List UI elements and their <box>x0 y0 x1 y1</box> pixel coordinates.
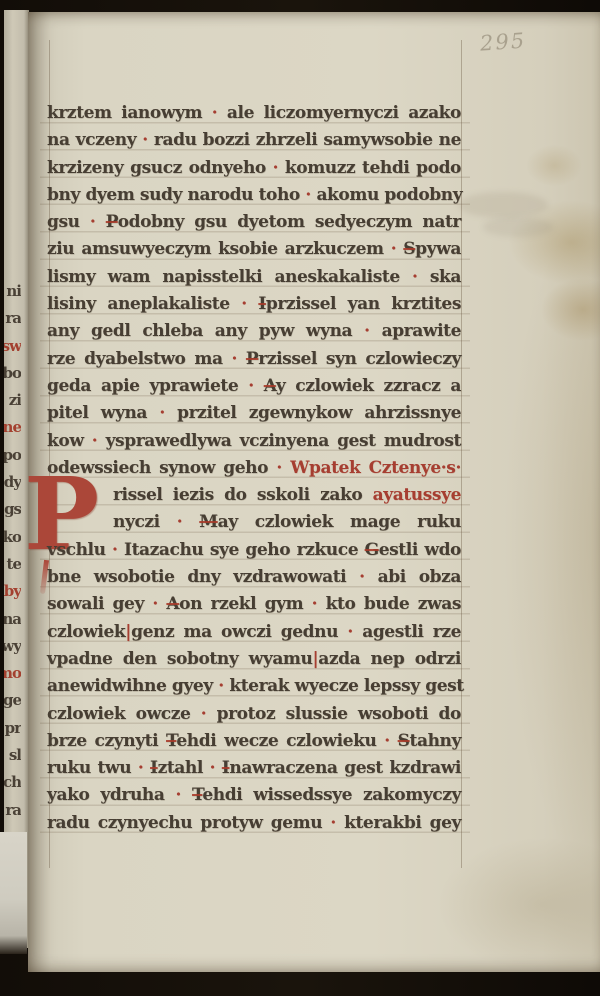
show-through-smudge <box>458 192 548 218</box>
text-segment: tahny <box>410 731 461 751</box>
text-segment: I <box>150 758 158 778</box>
text-segment: estli wdo <box>379 540 461 560</box>
clipped-letter-fragment: te <box>4 551 21 578</box>
rubricated-text: · <box>84 431 106 451</box>
rubricated-text: · <box>203 758 222 778</box>
text-segment: ehdi wecze czlowieku <box>176 731 376 751</box>
text-segment: kto bude zwas <box>326 594 461 614</box>
clipped-letter-fragment: ra <box>4 305 21 332</box>
text-segment: sowali gey <box>47 594 144 614</box>
text-segment: ehdi wissedssye zakomyczy <box>202 785 461 805</box>
text-segment: gsu <box>47 212 80 232</box>
text-line: nyczi · May czlowiek mage ruku <box>47 509 461 536</box>
manuscript-photo: niraswbozinepodygskotebynawymogeprslchra… <box>0 0 600 996</box>
clipped-letter-fragment: dy <box>4 469 21 496</box>
rubricated-text: · <box>213 676 230 696</box>
stacked-page-edges <box>0 832 27 954</box>
text-segment: M <box>199 512 217 532</box>
text-segment: rzissel syn czlowieczy <box>258 349 461 369</box>
rubricated-text: Wpatek Cztenye·s· <box>290 458 461 478</box>
text-segment: radu czynyechu protyw gemu <box>47 813 322 833</box>
text-segment: vschlu <box>47 540 106 560</box>
text-line: lisiny aneplakaliste · Iprzissel yan krz… <box>47 291 461 318</box>
text-segment: S <box>403 239 415 259</box>
rubricated-text: · <box>400 267 430 287</box>
text-segment: krzizeny gsucz odnyeho <box>47 158 266 178</box>
text-segment: kterak wyecze lepssy gest <box>229 676 463 696</box>
text-segment: ztahl <box>158 758 203 778</box>
text-segment: abi obza <box>378 567 461 587</box>
clipped-letter-fragment: sw <box>4 333 21 360</box>
text-segment: odobny gsu dyetom sedyeczym natr <box>118 212 461 232</box>
clipped-letter-fragment: na <box>4 606 21 633</box>
text-segment: bne wsobotie dny vzdrawowati <box>47 567 346 587</box>
text-segment: czlowiek <box>47 622 125 642</box>
rubricated-text: · <box>384 239 404 259</box>
rubricated-text: · <box>144 594 166 614</box>
text-segment: Itazachu sye geho rzkuce <box>124 540 365 560</box>
text-segment: na vczeny <box>47 130 136 150</box>
clipped-letter-fragment: pr <box>4 715 21 742</box>
text-segment: A <box>264 376 276 396</box>
clipped-letter-fragment: ne <box>4 414 21 441</box>
text-line: kow · ysprawedlywa vczinyena gest mudros… <box>47 428 461 455</box>
text-line: rissel iezis do sskoli zako ayatussye <box>47 482 461 509</box>
clipped-letter-fragment: gs <box>4 496 21 523</box>
clipped-letter-fragment: bo <box>4 360 21 387</box>
text-line: brze czynyti Tehdi wecze czlowieku · Sta… <box>47 728 461 755</box>
clipped-letter-fragment: ch <box>4 769 21 796</box>
text-segment: I <box>258 294 266 314</box>
rubricated-text: · <box>266 158 285 178</box>
text-segment: any gedl chleba any pyw wyna <box>47 321 352 341</box>
folio-number: 295 <box>479 28 527 55</box>
rubricated-text: · <box>202 103 227 123</box>
show-through-smudge <box>483 217 553 237</box>
text-segment: lisiny aneplakaliste <box>47 294 230 314</box>
text-line: lismy wam napisstelki aneskakaliste · sk… <box>47 264 461 291</box>
text-line: geda apie yprawiete · Ay czlowiek zzracz… <box>47 373 461 400</box>
clipped-letter-fragment: po <box>4 442 21 469</box>
rubricated-text: · <box>160 512 200 532</box>
clipped-letter-fragment: wy <box>4 633 21 660</box>
text-segment: ruku twu <box>47 758 131 778</box>
rubricated-text: · <box>300 185 317 205</box>
text-segment: aprawite <box>382 321 461 341</box>
text-block: krztem ianowym · ale liczomyernyczi azak… <box>47 100 461 837</box>
rubricated-text: · <box>230 294 259 314</box>
text-line: na vczeny · radu bozzi zhrzeli samywsobi… <box>47 127 461 154</box>
text-segment: czlowiek owcze <box>47 704 190 724</box>
manuscript-page: 295 P krztem ianowym · ale liczomyernycz… <box>28 12 600 972</box>
rubricated-text: · <box>136 130 154 150</box>
clipped-letter-fragment: sl <box>4 742 21 769</box>
text-segment: T <box>166 731 176 751</box>
rubricated-text: · <box>346 567 377 587</box>
text-segment: ziu amsuwyeczym ksobie arzkuczem <box>47 239 384 259</box>
text-line: sowali gey · Aon rzekl gym · kto bude zw… <box>47 591 461 618</box>
rubricated-text: · <box>164 785 192 805</box>
text-segment: ale liczomyernyczi azako <box>227 103 461 123</box>
text-segment: y czlowiek zzracz a <box>276 376 461 396</box>
text-segment: odewssiech synow geho <box>47 458 268 478</box>
text-line: krztem ianowym · ale liczomyernyczi azak… <box>47 100 461 127</box>
text-segment: rissel iezis do sskoli zako <box>113 485 373 505</box>
text-segment: azda nep odrzi <box>318 649 461 669</box>
text-segment: pywa <box>415 239 461 259</box>
clipped-letter-fragment: ko <box>4 524 21 551</box>
clipped-letter-fragment: by <box>4 578 21 605</box>
text-segment: pitel wyna <box>47 403 147 423</box>
text-segment: przitel zgewnykow ahrzissnye <box>177 403 461 423</box>
text-segment: ay czlowiek mage ruku <box>218 512 461 532</box>
text-segment: A <box>166 594 179 614</box>
text-segment: ska <box>430 267 461 287</box>
text-segment: G <box>365 540 379 560</box>
text-line: any gedl chleba any pyw wyna · aprawite <box>47 318 461 345</box>
rubricated-text: · <box>190 704 216 724</box>
text-segment: rze dyabelstwo ma <box>47 349 223 369</box>
text-segment: ysprawedlywa vczinyena gest mudrost <box>106 431 461 451</box>
rubricated-text: · <box>106 540 124 560</box>
rubricated-text: · <box>131 758 150 778</box>
text-segment: kterakbi gey <box>344 813 461 833</box>
rubricated-text: · <box>376 731 397 751</box>
rubricated-text: · <box>268 458 290 478</box>
text-line: ruku twu · Iztahl · Inawraczena gest kzd… <box>47 755 461 782</box>
text-segment: kow <box>47 431 84 451</box>
text-line: bny dyem sudy narodu toho · akomu podobn… <box>47 182 461 209</box>
text-line: bne wsobotie dny vzdrawowati · abi obza <box>47 564 461 591</box>
text-segment: nyczi <box>113 512 160 532</box>
rubricated-text: · <box>238 376 263 396</box>
rubricated-text: · <box>80 212 106 232</box>
text-segment: vpadne den sobotny wyamu <box>47 649 312 669</box>
rubricated-text: · <box>223 349 246 369</box>
rubricated-text: · <box>338 622 362 642</box>
text-segment: przissel yan krztites <box>266 294 461 314</box>
text-segment: yako ydruha <box>47 785 164 805</box>
text-line: vschlu · Itazachu sye geho rzkuce Gestli… <box>47 537 461 564</box>
text-line: odewssiech synow geho · Wpatek Cztenye·s… <box>47 455 461 482</box>
text-line: czlowiek owcze · protoz slussie wsoboti … <box>47 701 461 728</box>
text-line: yako ydruha · Tehdi wissedssye zakomyczy <box>47 782 461 809</box>
text-line: czlowiek|genz ma owczi gednu · agestli r… <box>47 619 461 646</box>
text-segment: lismy wam napisstelki aneskakaliste <box>47 267 400 287</box>
text-line: pitel wyna · przitel zgewnykow ahrzissny… <box>47 400 461 427</box>
clipped-letter-fragment: ge <box>4 687 21 714</box>
text-line: vpadne den sobotny wyamu|azda nep odrzi <box>47 646 461 673</box>
text-segment: radu bozzi zhrzeli samywsobie ne <box>154 130 461 150</box>
text-segment: nawraczena gest kzdrawi <box>229 758 461 778</box>
text-line: radu czynyechu protyw gemu · kterakbi ge… <box>47 810 461 837</box>
text-segment: P <box>246 349 258 369</box>
text-segment: P <box>106 212 118 232</box>
rubricated-text: · <box>303 594 325 614</box>
text-segment: geda apie yprawiete <box>47 376 238 396</box>
text-line: rze dyabelstwo ma · Przissel syn czlowie… <box>47 346 461 373</box>
rubricated-text: · <box>352 321 381 341</box>
text-segment: komuzz tehdi podo <box>285 158 461 178</box>
text-segment: brze czynyti <box>47 731 166 751</box>
rubricated-text: · <box>147 403 177 423</box>
text-line: gsu · Podobny gsu dyetom sedyeczym natr <box>47 209 461 236</box>
text-line: anewidwihne gyey · kterak wyecze lepssy … <box>47 673 461 700</box>
text-segment: agestli rze <box>362 622 461 642</box>
clipped-letter-fragment: ni <box>4 278 21 305</box>
text-segment: genz ma owczi gednu <box>131 622 338 642</box>
text-segment: bny dyem sudy narodu toho <box>47 185 300 205</box>
facing-page-text-fragments: niraswbozinepodygskotebynawymogeprslchra… <box>4 278 21 851</box>
text-segment: T <box>192 785 202 805</box>
text-line: krzizeny gsucz odnyeho · komuzz tehdi po… <box>47 155 461 182</box>
text-segment: krztem ianowym <box>47 103 202 123</box>
text-segment: protoz slussie wsoboti do <box>217 704 461 724</box>
text-segment: anewidwihne gyey <box>47 676 213 696</box>
rubricated-text: · <box>322 813 344 833</box>
clipped-letter-fragment: mo <box>4 660 21 687</box>
text-line: ziu amsuwyeczym ksobie arzkuczem · Spywa <box>47 236 461 263</box>
clipped-letter-fragment: zi <box>4 387 21 414</box>
text-segment: on rzekl gym <box>179 594 303 614</box>
text-segment: S <box>398 731 410 751</box>
rubricated-text: ayatussye <box>373 485 461 505</box>
clipped-letter-fragment: ra <box>4 797 21 824</box>
text-segment: akomu podobny <box>316 185 462 205</box>
